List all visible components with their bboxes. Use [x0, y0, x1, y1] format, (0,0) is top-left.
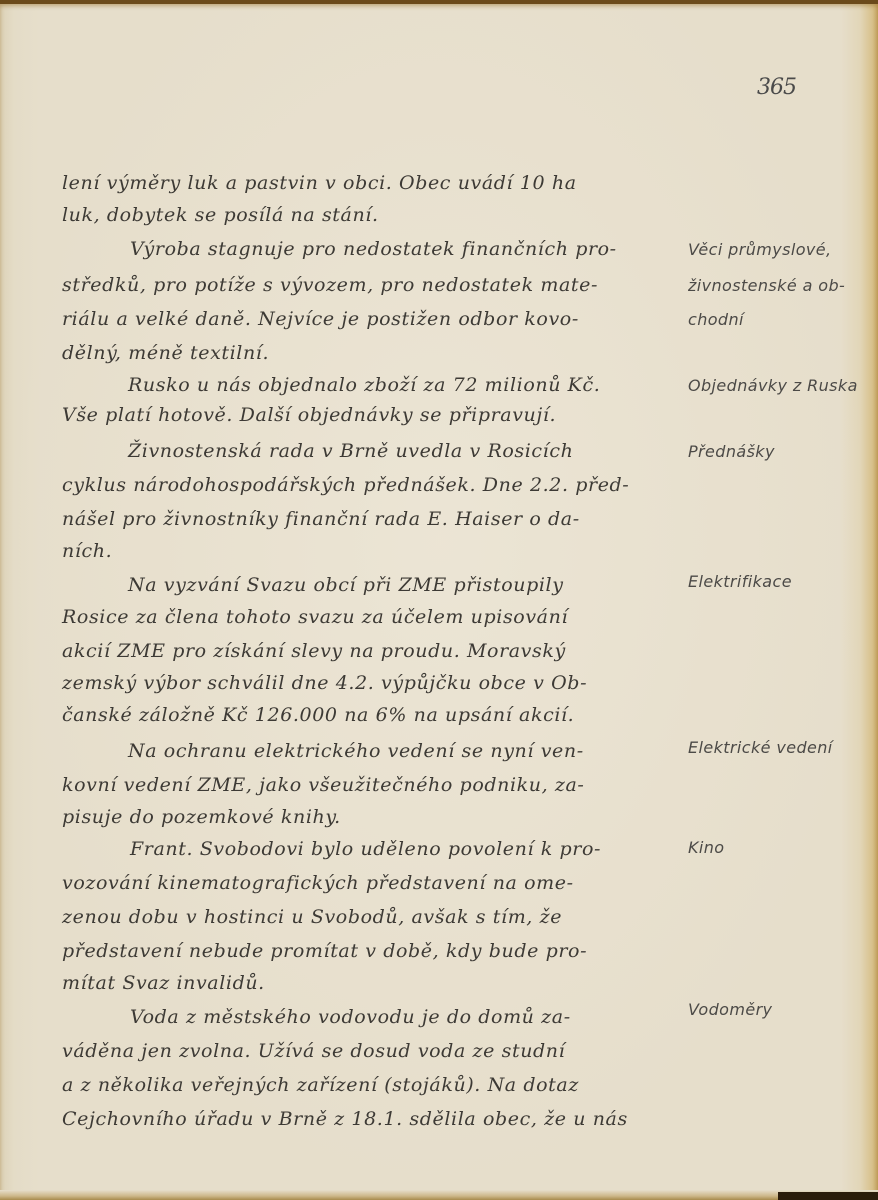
text-line: představení nebude promítat v době, kdy … [62, 940, 587, 962]
text-line: zemský výbor schválil dne 4.2. výpůjčku … [62, 672, 587, 694]
text-line: pisuje do pozemkové knihy. [62, 806, 341, 828]
text-line: vozování kinematografických představení … [62, 872, 574, 894]
text-line: cyklus národohospodářských přednášek. Dn… [62, 474, 629, 496]
margin-note-water-meters: Vodoměry [688, 1000, 772, 1019]
text-line: čanské záložně Kč 126.000 na 6% na upsán… [62, 704, 574, 726]
page-number: 365 [757, 75, 796, 100]
text-line: dělný, méně textilní. [62, 342, 269, 364]
text-line: mítat Svaz invalidů. [62, 972, 265, 994]
text-line: Cejchovního úřadu v Brně z 18.1. sdělila… [62, 1108, 628, 1130]
text-line: luk, dobytek se posílá na stání. [62, 204, 379, 226]
text-line: nášel pro živnostníky finanční rada E. H… [62, 508, 580, 530]
text-line: riálu a velké daně. Nejvíce je postižen … [62, 308, 579, 330]
margin-note-industry-2: živnostenské a ob- [688, 276, 845, 295]
text-line: lení výměry luk a pastvin v obci. Obec u… [62, 172, 577, 194]
margin-note-industry-3: chodní [688, 310, 744, 329]
text-line: Na vyzvání Svazu obcí při ZME přistoupil… [128, 574, 564, 596]
text-line: Na ochranu elektrického vedení se nyní v… [128, 740, 584, 762]
manuscript-page: 365 lení výměry luk a pastvin v obci. Ob… [0, 0, 878, 1200]
text-line: Vše platí hotově. Další objednávky se př… [62, 404, 556, 426]
margin-note-industry: Věci průmyslové, [688, 240, 831, 259]
text-line: Výroba stagnuje pro nedostatek finančníc… [130, 238, 617, 260]
text-line: akcií ZME pro získání slevy na proudu. M… [62, 640, 566, 662]
text-line: ních. [62, 540, 112, 562]
margin-note-electrification: Elektrifikace [688, 572, 792, 591]
margin-note-russia-orders: Objednávky z Ruska [688, 376, 858, 395]
text-line: váděna jen zvolna. Užívá se dosud voda z… [62, 1040, 565, 1062]
text-line: Živnostenská rada v Brně uvedla v Rosicí… [128, 440, 573, 462]
text-line: Frant. Svobodovi bylo uděleno povolení k… [130, 838, 601, 860]
margin-note-power-lines: Elektrické vedení [688, 738, 833, 757]
margin-note-lectures: Přednášky [688, 442, 775, 461]
text-line: Rusko u nás objednalo zboží za 72 milion… [128, 374, 600, 396]
text-line: zenou dobu v hostinci u Svobodů, avšak s… [62, 906, 562, 928]
text-line: Voda z městského vodovodu je do domů za- [130, 1006, 571, 1028]
text-line: a z několika veřejných zařízení (stojáků… [62, 1074, 579, 1096]
text-line: středků, pro potíže s vývozem, pro nedos… [62, 274, 598, 296]
background-corner [778, 1192, 878, 1200]
text-line: kovní vedení ZME, jako všeužitečného pod… [62, 774, 584, 796]
margin-note-cinema: Kino [688, 838, 724, 857]
text-line: Rosice za člena tohoto svazu za účelem u… [62, 606, 568, 628]
page-bottom-edge [0, 1190, 878, 1200]
